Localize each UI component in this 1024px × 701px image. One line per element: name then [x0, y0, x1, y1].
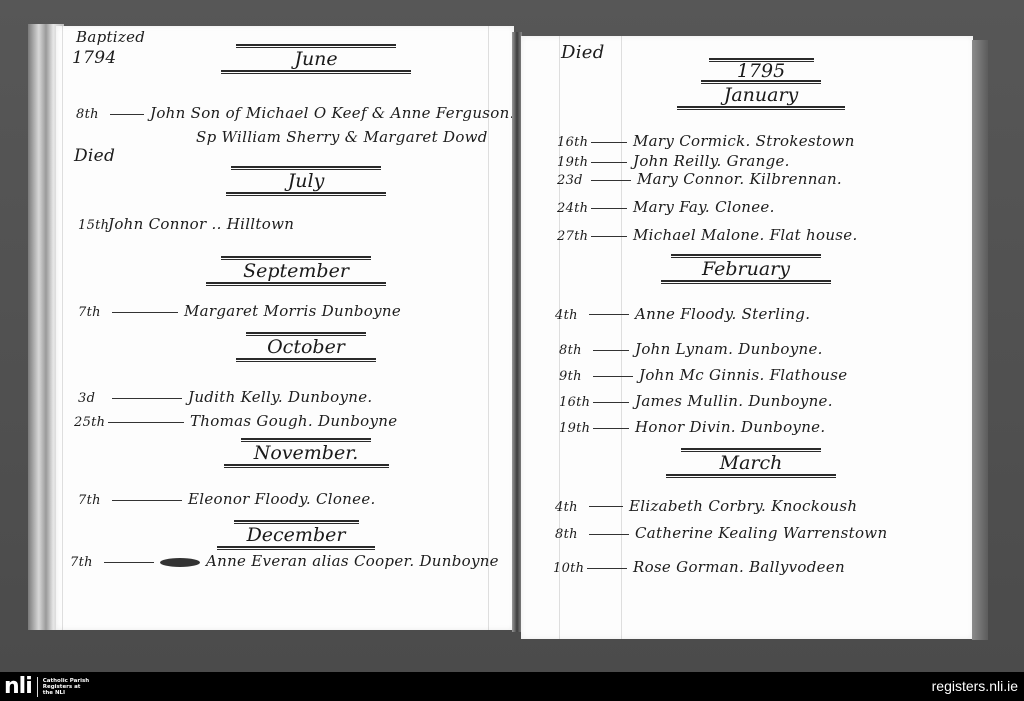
baptized-heading: Baptized [76, 28, 145, 46]
nli-logo[interactable]: nli Catholic Parish Registers at the NLI [4, 676, 89, 698]
entry-row: 7thAnne Everan alias Cooper. Dunboyne [70, 552, 499, 570]
entry-row: 4thElizabeth Corbry. Knockoush [555, 496, 857, 516]
entry-row: 24thMary Fay. Clonee. [557, 198, 775, 216]
page-margin-rule [559, 36, 560, 639]
entry-row: 23dMary Connor. Kilbrennan. [557, 170, 842, 188]
month-heading-december: December [206, 520, 386, 550]
register-page-right: Died 1795 January 16thMary Cormick. Stro… [521, 36, 973, 639]
died-heading: Died [561, 42, 605, 63]
died-label: Died [74, 146, 115, 166]
entry-sponsors: Sp William Sherry & Margaret Dowd [196, 128, 488, 146]
entry-row: 27thMichael Malone. Flat house. [557, 226, 858, 244]
site-link[interactable]: registers.nli.ie [932, 678, 1018, 694]
nli-logo-text: Catholic Parish Registers at the NLI [43, 678, 89, 696]
entry-row: 15thJohn Connor .. Hilltown [78, 214, 294, 234]
entry-row: 8thCatherine Kealing Warrenstown [555, 524, 887, 542]
entry-row: 25thThomas Gough. Dunboyne [74, 412, 397, 430]
logo-divider [37, 677, 38, 697]
month-heading-november: November. [216, 438, 396, 468]
register-page-left: Baptized 1794 June 8thJohn Son of Michae… [56, 26, 514, 630]
entry-row: 8thJohn Lynam. Dunboyne. [559, 340, 823, 358]
month-heading-january: January [671, 84, 851, 110]
entry-row: 16thMary Cormick. Strokestown [557, 132, 855, 150]
year-heading-1795: 1795 [681, 58, 841, 84]
nli-logo-mark: nli [4, 676, 32, 698]
entry-row: 7thMargaret Morris Dunboyne [78, 302, 401, 320]
entry-row: 19thJohn Reilly. Grange. [557, 152, 790, 170]
entry-row: 19thHonor Divin. Dunboyne. [559, 418, 825, 436]
entry-row: 8thJohn Son of Michael O Keef & Anne Fer… [76, 104, 515, 122]
entry-row: 9thJohn Mc Ginnis. Flathouse [559, 366, 847, 384]
image-viewer[interactable]: Baptized 1794 June 8thJohn Son of Michae… [0, 0, 1024, 672]
viewer-footer: nli Catholic Parish Registers at the NLI… [0, 672, 1024, 701]
month-heading-october: October [226, 332, 386, 362]
page-margin-rule [62, 26, 63, 630]
month-heading-february: February [651, 254, 841, 284]
month-heading-march: March [661, 448, 841, 478]
book-edge-right [972, 40, 988, 640]
entry-row: 7thEleonor Floody. Clonee. [78, 490, 376, 508]
page-margin-rule [621, 36, 622, 639]
month-heading-september: September [196, 256, 396, 286]
ink-blot [160, 558, 200, 567]
entry-row: 3dJudith Kelly. Dunboyne. [78, 388, 372, 406]
entry-row: 4thAnne Floody. Sterling. [555, 304, 810, 324]
month-heading-july: July [226, 166, 386, 196]
month-heading-june: June [216, 44, 416, 74]
year-1794: 1794 [72, 48, 116, 68]
entry-row: 10thRose Gorman. Ballyvodeen [553, 558, 845, 576]
entry-row: 16thJames Mullin. Dunboyne. [559, 392, 833, 410]
